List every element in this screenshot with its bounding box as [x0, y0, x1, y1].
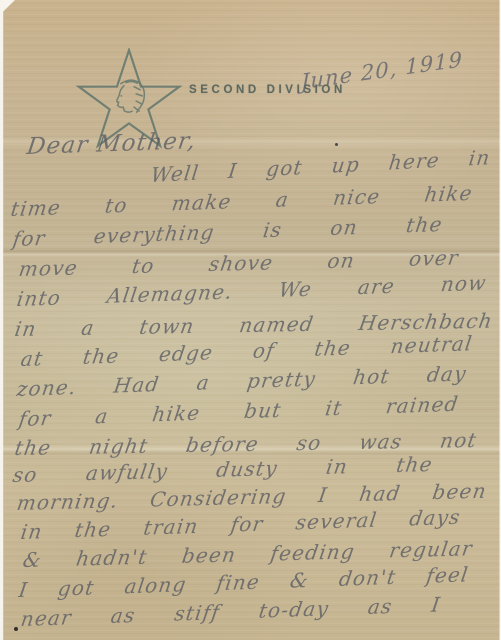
paper-speck [14, 627, 18, 631]
letter-paper: SECOND DIVISION June 20, 1919 Dear Mothe… [3, 0, 500, 640]
letter-scan: SECOND DIVISION June 20, 1919 Dear Mothe… [0, 0, 501, 640]
letter-salutation: Dear Mother, [25, 128, 198, 160]
paper-left-edge [0, 0, 4, 640]
ink-speck [335, 143, 338, 146]
letter-date: June 20, 1919 [301, 47, 463, 94]
body-line: Well I got up here in [150, 145, 493, 187]
